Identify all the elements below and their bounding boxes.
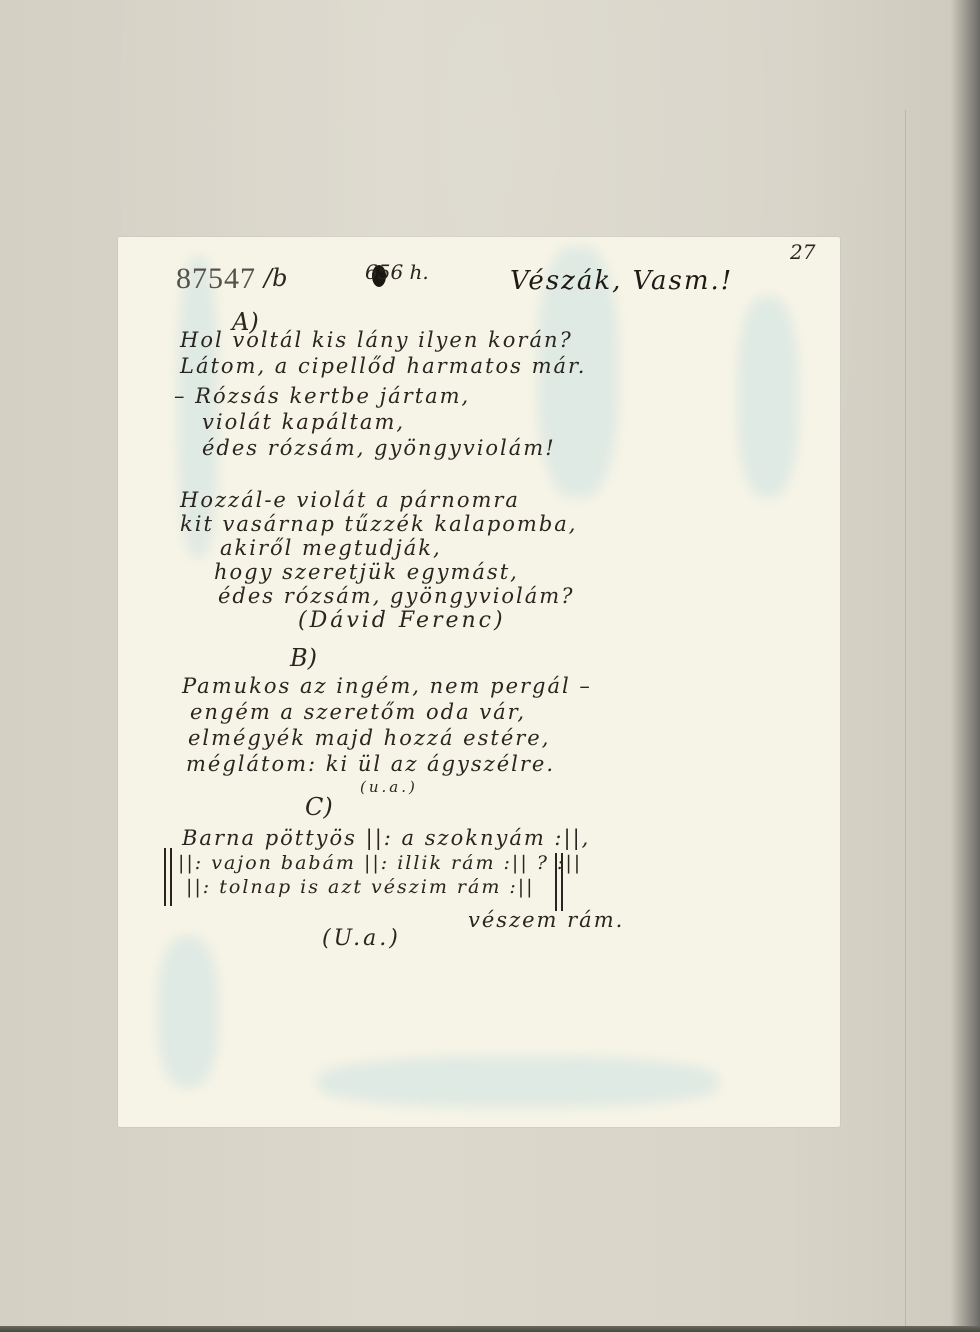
verse-line: Hol voltál kis lány ilyen korán? — [180, 328, 573, 352]
repeat-bar — [170, 848, 172, 906]
verse-line: Hozzál-e violát a párnomra — [180, 488, 520, 512]
verse-line: engém a szeretőm oda vár, — [190, 700, 526, 724]
verse-line: ||: tolnap is azt vészim rám :|| — [186, 876, 535, 898]
water-stain — [158, 937, 218, 1087]
page-number: 27 — [790, 240, 815, 264]
verse-line: kit vasárnap tűzzék kalapomba, — [180, 512, 577, 536]
verse-line: akiről megtudják, — [220, 536, 442, 560]
repeat-bar — [561, 853, 563, 911]
board-crease — [905, 110, 906, 1330]
attribution: (Dávid Ferenc) — [298, 608, 506, 633]
section-label-c: C) — [305, 793, 333, 821]
verse-line: édes rózsám, gyöngyviolám! — [202, 436, 556, 460]
verse-line: méglátom: ki ül az ágyszélre. — [186, 752, 555, 776]
section-label-b: B) — [290, 644, 317, 672]
verse-line: – Rózsás kertbe jártam, — [174, 384, 470, 408]
reference-number: 656 h. — [365, 260, 429, 284]
verse-line: Pamukos az ingém, nem pergál – — [182, 674, 592, 698]
water-stain — [738, 297, 798, 497]
repeat-bar — [164, 848, 166, 906]
verse-line: édes rózsám, gyöngyviolám? — [218, 584, 574, 608]
verse-line: Barna pöttyös ||: a szoknyám :||, — [182, 826, 590, 850]
verse-line: Látom, a cipellőd harmatos már. — [180, 354, 586, 378]
attribution: (U.a.) — [322, 926, 401, 951]
verse-line: vészem rám. — [468, 908, 624, 932]
verse-line: violát kapáltam, — [202, 410, 405, 434]
place-heading: Vészák, Vasm.! — [510, 266, 733, 296]
verse-line: elmégyék majd hozzá estére, — [188, 726, 550, 750]
water-stain — [318, 1057, 718, 1107]
inventory-suffix: /b — [264, 264, 287, 292]
repeat-bar — [555, 853, 557, 911]
verse-line: ||: vajon babám ||: illik rám :|| ? :|| — [178, 852, 582, 874]
inventory-stamp: 87547 — [176, 262, 256, 296]
verse-line: hogy szeretjük egymást, — [214, 560, 519, 584]
board-edge — [0, 1326, 980, 1332]
attribution: (u.a.) — [360, 778, 418, 796]
